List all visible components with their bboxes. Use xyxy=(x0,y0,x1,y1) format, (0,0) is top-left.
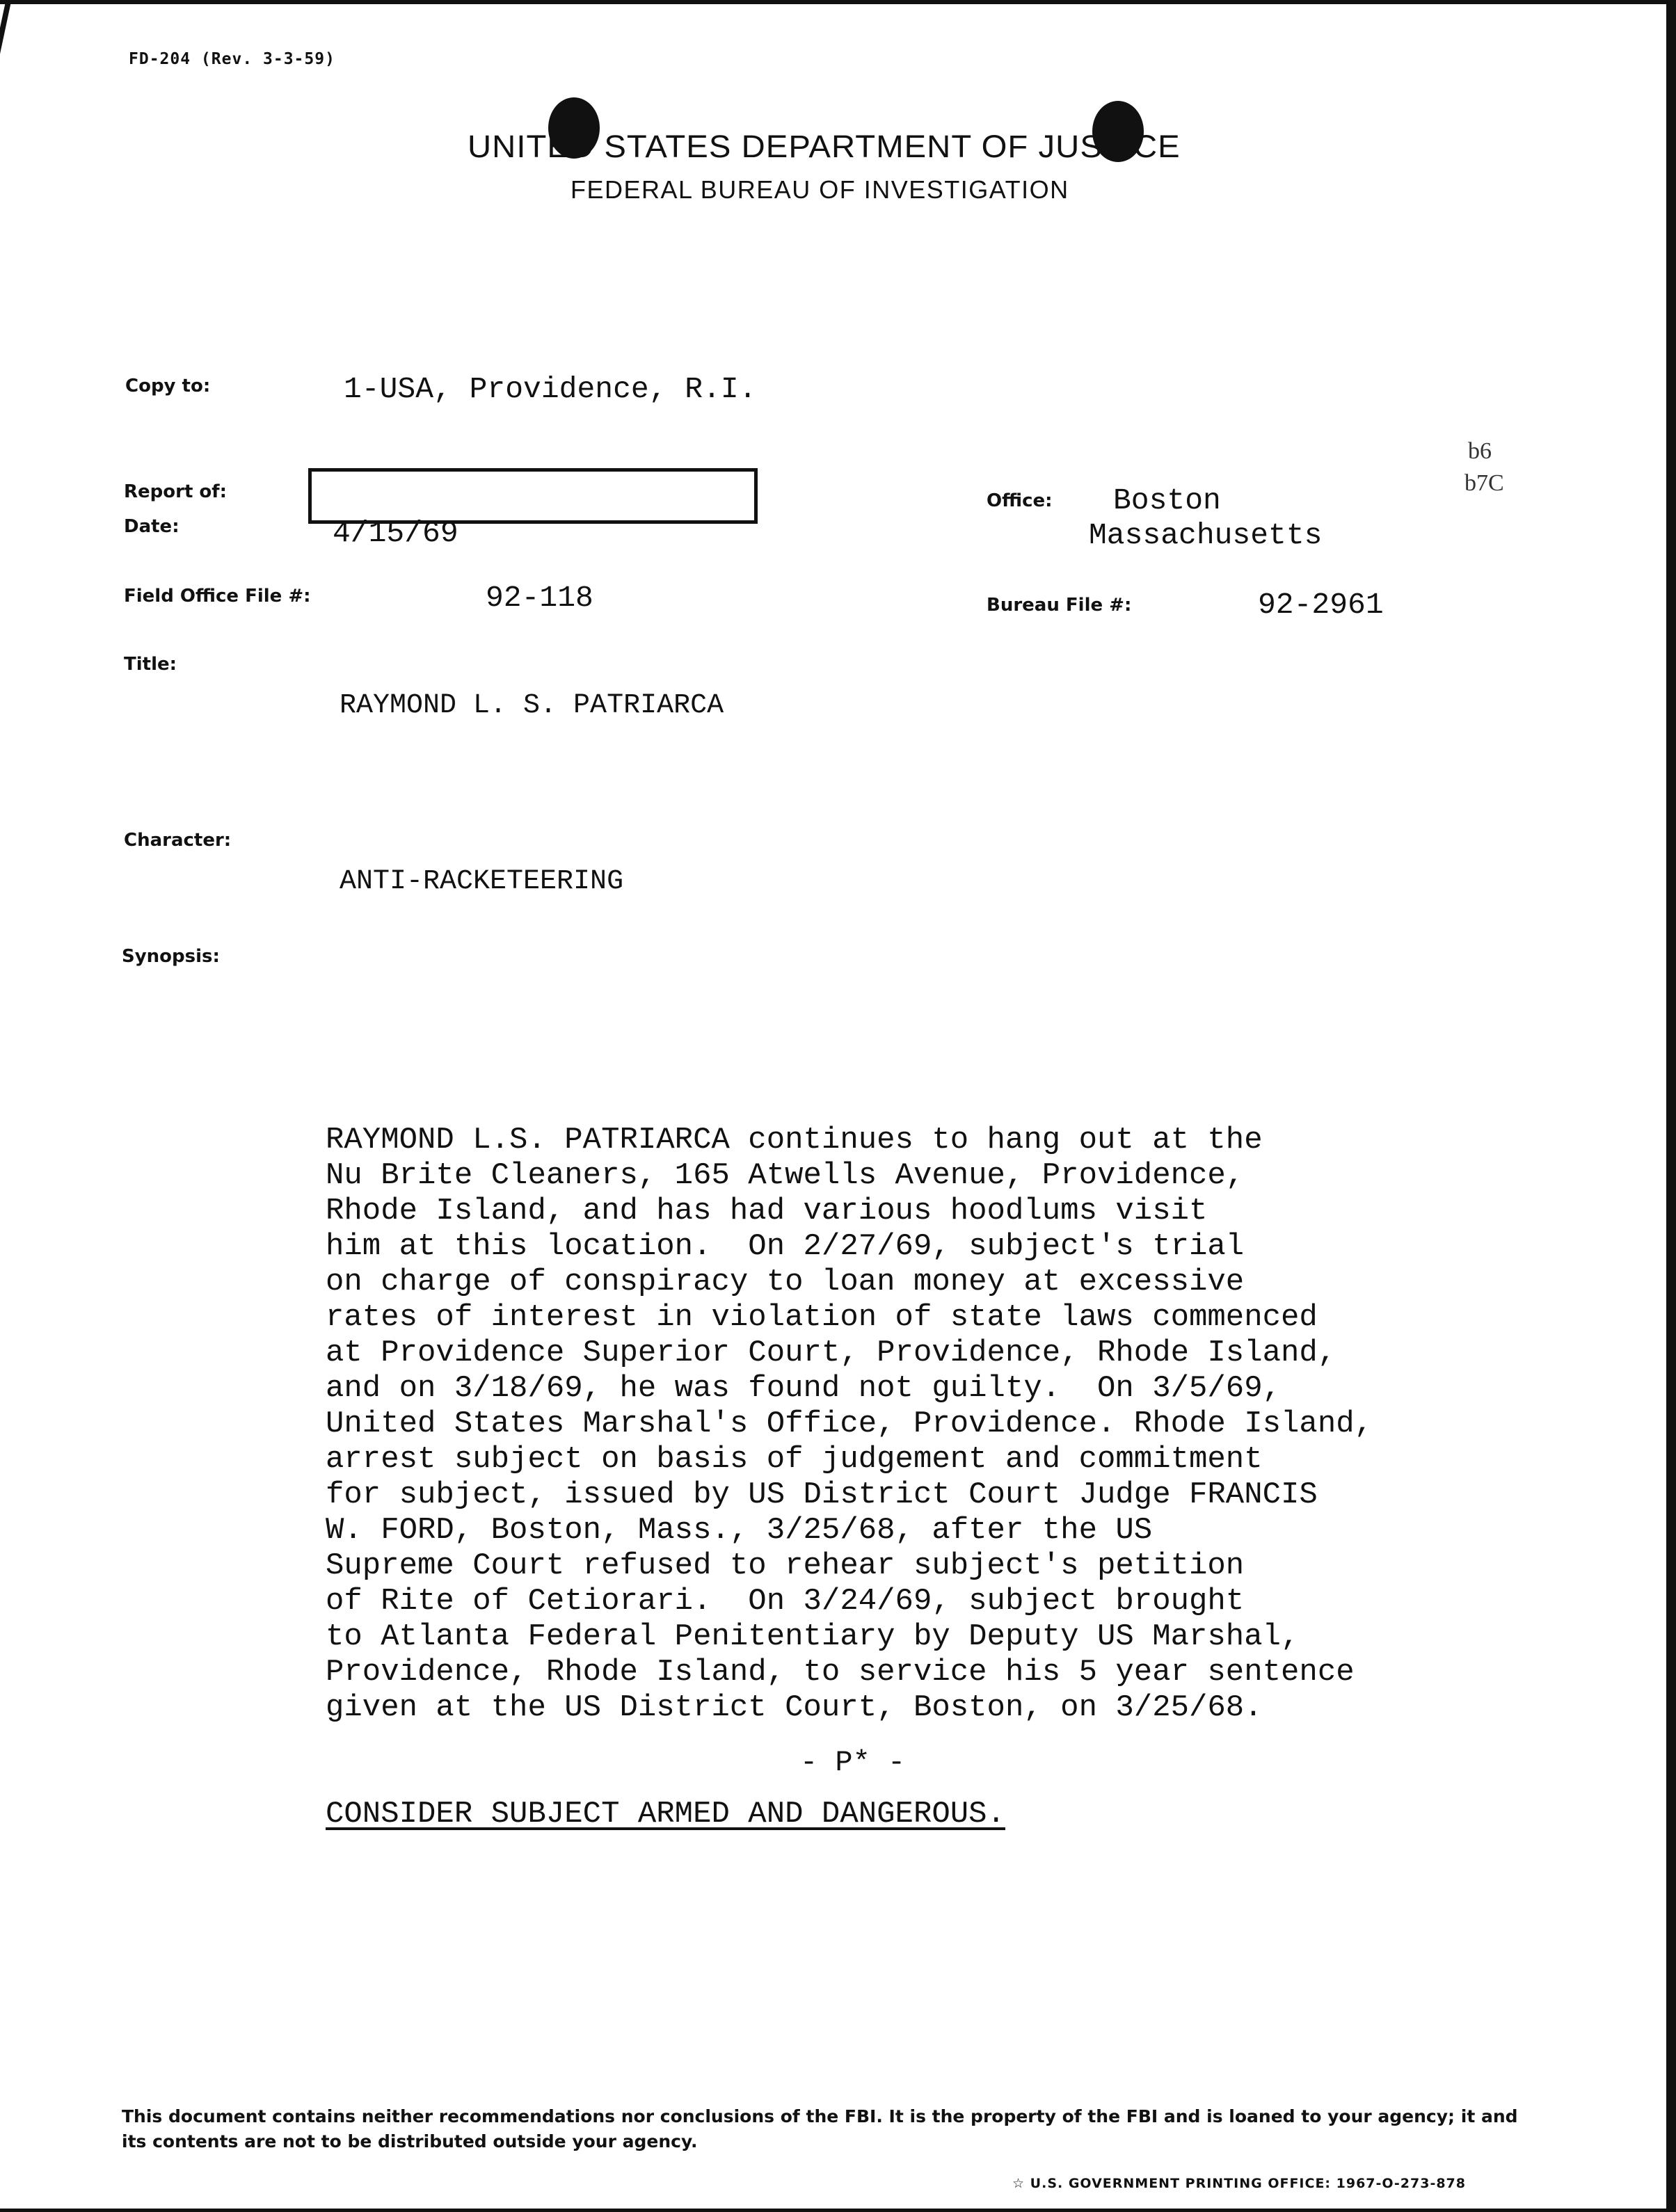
bureau-file-value: 92-2961 xyxy=(1258,588,1384,622)
title-value: RAYMOND L. S. PATRIARCA xyxy=(340,690,724,721)
synopsis-line: rates of interest in violation of state … xyxy=(326,1300,1373,1336)
synopsis-line: United States Marshal's Office, Providen… xyxy=(326,1406,1373,1442)
copy-to-value: 1-USA, Providence, R.I. xyxy=(344,372,757,406)
footer-disclaimer: This document contains neither recommend… xyxy=(122,2104,1548,2154)
synopsis-label: Synopsis: xyxy=(122,946,220,967)
synopsis-line: Supreme Court refused to rehear subject'… xyxy=(326,1548,1373,1584)
office-value-city: Boston xyxy=(1113,483,1221,518)
synopsis-line: given at the US District Court, Boston, … xyxy=(326,1690,1373,1726)
office-label: Office: xyxy=(987,490,1053,511)
printing-office-line: ☆ U.S. GOVERNMENT PRINTING OFFICE: 1967-… xyxy=(1012,2176,1466,2191)
star-icon: ☆ xyxy=(1012,2176,1025,2191)
armed-warning: CONSIDER SUBJECT ARMED AND DANGEROUS. xyxy=(326,1797,1373,1832)
report-of-label: Report of: xyxy=(124,481,227,502)
character-value: ANTI-RACKETEERING xyxy=(340,866,623,897)
office-value-state: Massachusetts xyxy=(1089,518,1322,552)
scan-edge-bottom xyxy=(0,2209,1676,2212)
bureau-header: FEDERAL BUREAU OF INVESTIGATION xyxy=(570,175,1069,205)
copy-to-label: Copy to: xyxy=(125,376,210,396)
synopsis-line: RAYMOND L.S. PATRIARCA continues to hang… xyxy=(326,1123,1373,1158)
synopsis-line: arrest subject on basis of judgement and… xyxy=(326,1442,1373,1477)
redaction-box xyxy=(308,468,758,524)
field-office-file-value: 92-118 xyxy=(486,581,593,615)
bureau-file-label: Bureau File #: xyxy=(987,595,1131,616)
synopsis-line: Rhode Island, and has had various hoodlu… xyxy=(326,1194,1373,1229)
scan-edge-right xyxy=(1666,0,1676,2212)
exemption-b6: b6 xyxy=(1468,438,1492,465)
synopsis-line: for subject, issued by US District Court… xyxy=(326,1477,1373,1513)
synopsis-line: Providence, Rhode Island, to service his… xyxy=(326,1655,1373,1690)
character-label: Character: xyxy=(124,830,231,851)
field-office-file-label: Field Office File #: xyxy=(124,586,311,607)
title-label: Title: xyxy=(124,654,177,675)
synopsis-line: him at this location. On 2/27/69, subjec… xyxy=(326,1229,1373,1265)
form-number: FD-204 (Rev. 3-3-59) xyxy=(129,50,335,68)
synopsis-line: Nu Brite Cleaners, 165 Atwells Avenue, P… xyxy=(326,1158,1373,1194)
exemption-b7c: b7C xyxy=(1464,470,1504,497)
synopsis-line: of Rite of Cetiorari. On 3/24/69, subjec… xyxy=(326,1584,1373,1619)
synopsis-line: at Providence Superior Court, Providence… xyxy=(326,1336,1373,1371)
printing-office-text: U.S. GOVERNMENT PRINTING OFFICE: 1967-O-… xyxy=(1030,2176,1466,2191)
date-value: 4/15/69 xyxy=(333,516,458,550)
synopsis-lines: RAYMOND L.S. PATRIARCA continues to hang… xyxy=(326,1123,1373,1726)
scan-edge-top xyxy=(0,0,1676,4)
synopsis-line: W. FORD, Boston, Mass., 3/25/68, after t… xyxy=(326,1513,1373,1548)
date-label: Date: xyxy=(124,516,179,537)
scan-edge-left xyxy=(0,0,12,56)
fbi-report-page: FD-204 (Rev. 3-3-59) UNITED STATES DEPAR… xyxy=(0,0,1676,2212)
synopsis-line: to Atlanta Federal Penitentiary by Deput… xyxy=(326,1619,1373,1655)
synopsis-line: and on 3/18/69, he was found not guilty.… xyxy=(326,1371,1373,1406)
department-header: UNITED STATES DEPARTMENT OF JUSTICE xyxy=(468,129,1181,165)
end-mark: - P* - xyxy=(800,1746,905,1779)
synopsis-line: on charge of conspiracy to loan money at… xyxy=(326,1265,1373,1300)
